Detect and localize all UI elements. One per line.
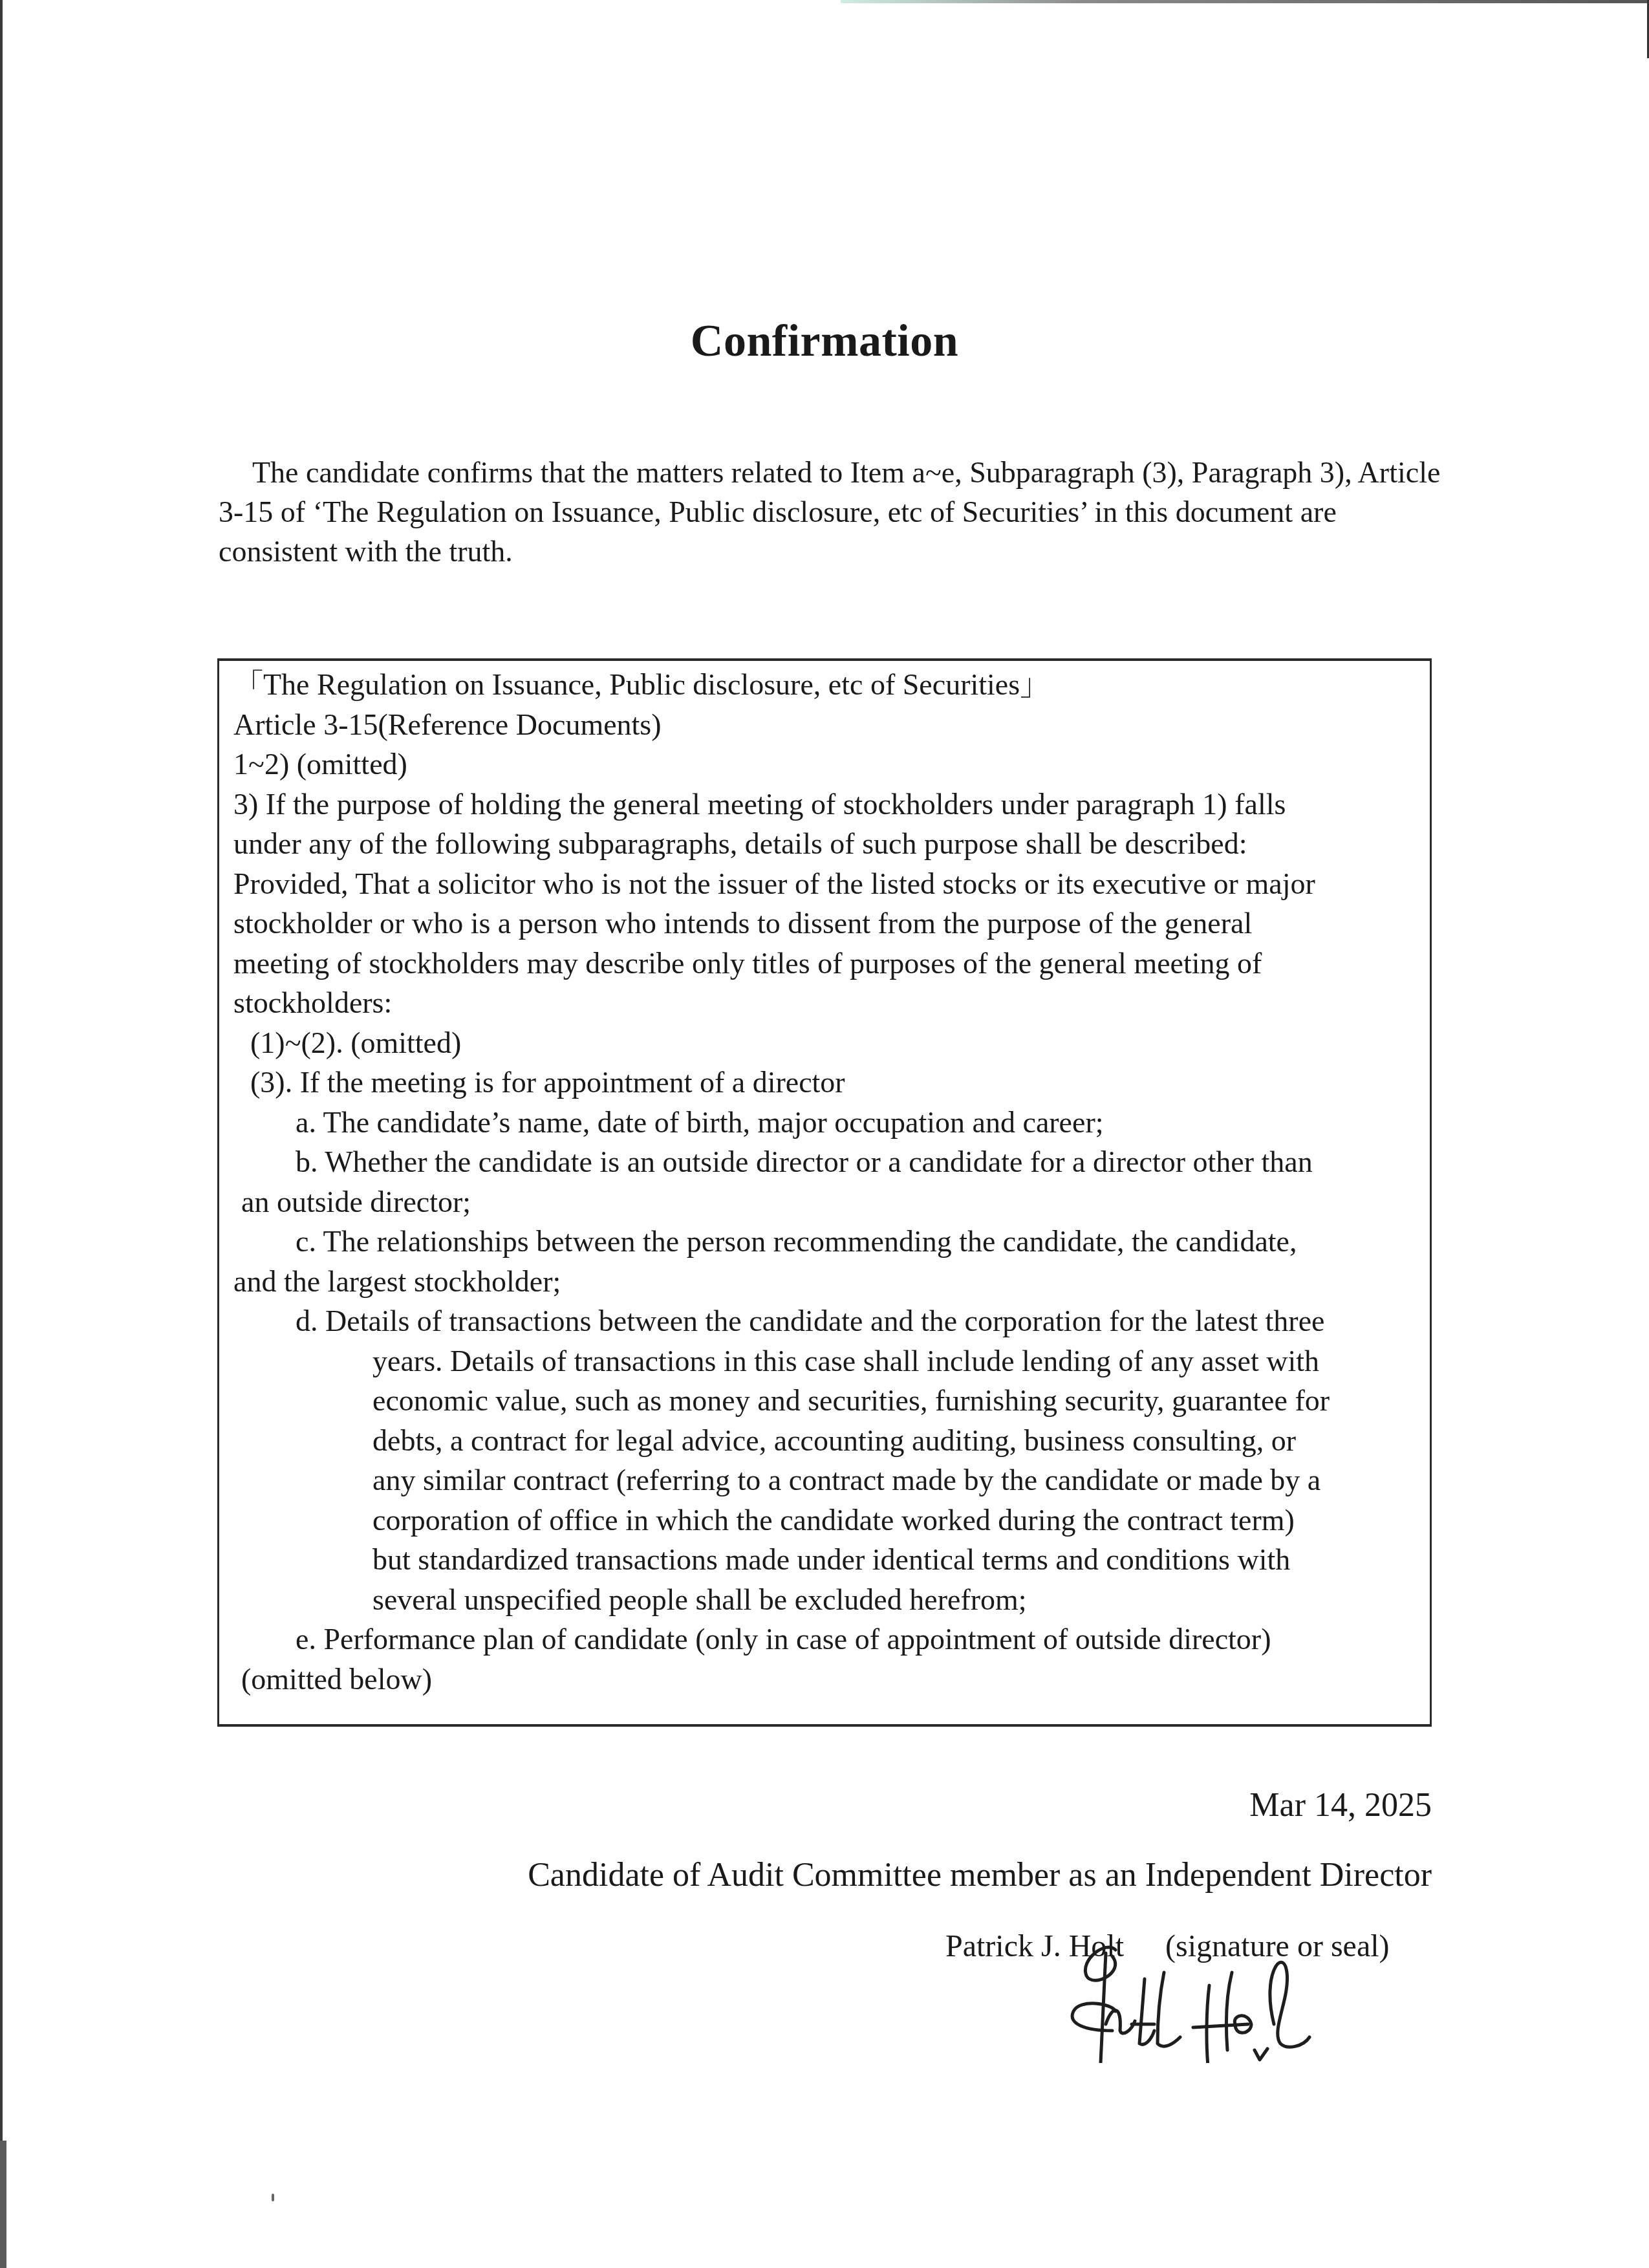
- item-d-line: debts, a contract for legal advice, acco…: [233, 1421, 1419, 1461]
- confirmation-date: Mar 14, 2025: [1249, 1786, 1432, 1824]
- scan-border-left-shadow: [0, 2141, 6, 2268]
- item-d-line: but standardized transactions made under…: [233, 1540, 1419, 1580]
- item-c: c. The relationships between the person …: [233, 1222, 1419, 1262]
- subparagraph-3: (3). If the meeting is for appointment o…: [233, 1063, 1419, 1103]
- paragraphs-1-2-omitted: 1~2) (omitted): [233, 744, 1419, 784]
- scan-border-top: [841, 0, 1649, 3]
- paragraph-3-line: Provided, That a solicitor who is not th…: [233, 864, 1419, 904]
- item-d-line: any similar contract (referring to a con…: [233, 1460, 1419, 1500]
- item-d: d. Details of transactions between the c…: [233, 1301, 1419, 1341]
- item-b-continuation: an outside director;: [233, 1182, 1419, 1222]
- article-title: Article 3-15(Reference Documents): [233, 705, 1419, 745]
- subparagraphs-1-2-omitted: (1)~(2). (omitted): [233, 1023, 1419, 1063]
- document-title: Confirmation: [0, 316, 1649, 367]
- item-d-line: several unspecified people shall be excl…: [233, 1580, 1419, 1620]
- paragraph-3-line: stockholder or who is a person who inten…: [233, 903, 1419, 944]
- omitted-below: (omitted below): [233, 1659, 1419, 1700]
- item-e: e. Performance plan of candidate (only i…: [233, 1619, 1419, 1659]
- paragraph-3-line: meeting of stockholders may describe onl…: [233, 944, 1419, 984]
- paragraph-3-line: stockholders:: [233, 983, 1419, 1023]
- candidate-role: Candidate of Audit Committee member as a…: [528, 1856, 1432, 1894]
- item-d-continuation: years. Details of transactions in this c…: [233, 1341, 1419, 1620]
- paragraph-3-line: 3) If the purpose of holding the general…: [233, 784, 1419, 825]
- confirmation-statement: The candidate confirms that the matters …: [219, 453, 1447, 571]
- scan-artifact: [272, 2194, 274, 2201]
- item-d-line: economic value, such as money and securi…: [233, 1381, 1419, 1421]
- item-b: b. Whether the candidate is an outside d…: [233, 1142, 1419, 1182]
- regulation-excerpt-box: 「The Regulation on Issuance, Public disc…: [217, 658, 1432, 1727]
- item-d-line: years. Details of transactions in this c…: [233, 1341, 1419, 1381]
- handwritten-signature-icon: [1061, 1934, 1358, 2063]
- item-c-continuation: and the largest stockholder;: [233, 1262, 1419, 1302]
- regulation-heading: 「The Regulation on Issuance, Public disc…: [233, 665, 1419, 705]
- item-d-line: corporation of office in which the candi…: [233, 1500, 1419, 1540]
- item-a: a. The candidate’s name, date of birth, …: [233, 1103, 1419, 1143]
- paragraph-3-line: under any of the following subparagraphs…: [233, 824, 1419, 864]
- paragraph-3: 3) If the purpose of holding the general…: [233, 784, 1419, 1023]
